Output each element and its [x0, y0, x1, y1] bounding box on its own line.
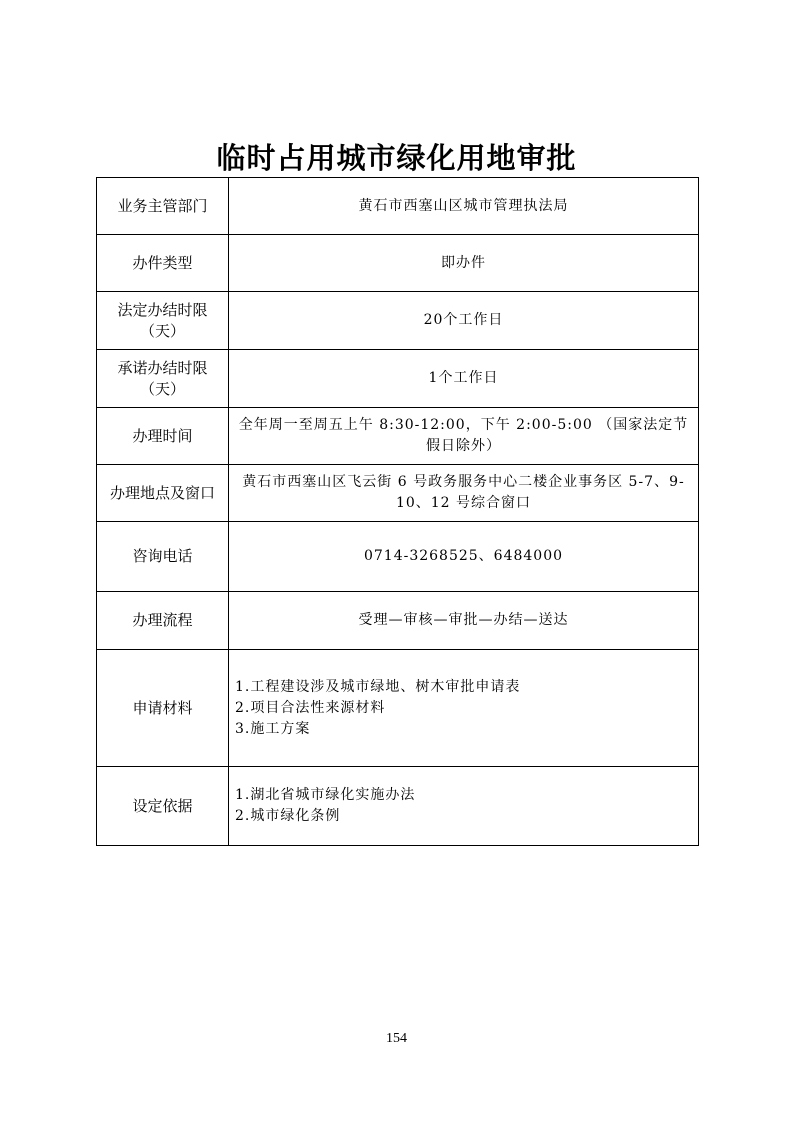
service-info-table: 业务主管部门 黄石市西塞山区城市管理执法局 办件类型 即办件 法定办结时限（天）… — [96, 177, 699, 846]
row-value-location: 黄石市西塞山区飞云街 6 号政务服务中心二楼企业事务区 5-7、9-10、12 … — [229, 465, 699, 522]
table-row: 法定办结时限（天） 20个工作日 — [97, 292, 699, 350]
table-row: 办件类型 即办件 — [97, 235, 699, 292]
table-row: 办理时间 全年周一至周五上午 8:30-12:00，下午 2:00-5:00 （… — [97, 408, 699, 465]
row-label-office-hours: 办理时间 — [97, 408, 229, 465]
row-value-legal-basis: 1.湖北省城市绿化实施办法 2.城市绿化条例 — [229, 767, 699, 846]
row-value-phone: 0714-3268525、6484000 — [229, 522, 699, 592]
row-label-process: 办理流程 — [97, 592, 229, 650]
row-label-legal-basis: 设定依据 — [97, 767, 229, 846]
row-label-department: 业务主管部门 — [97, 178, 229, 235]
row-value-legal-deadline: 20个工作日 — [229, 292, 699, 350]
table-row: 业务主管部门 黄石市西塞山区城市管理执法局 — [97, 178, 699, 235]
row-label-legal-deadline: 法定办结时限（天） — [97, 292, 229, 350]
row-value-office-hours: 全年周一至周五上午 8:30-12:00，下午 2:00-5:00 （国家法定节… — [229, 408, 699, 465]
row-value-materials: 1.工程建设涉及城市绿地、树木审批申请表 2.项目合法性来源材料 3.施工方案 — [229, 650, 699, 767]
row-label-location: 办理地点及窗口 — [97, 465, 229, 522]
row-value-case-type: 即办件 — [229, 235, 699, 292]
legal-basis-item: 1.湖北省城市绿化实施办法 — [235, 785, 692, 806]
row-value-promised-deadline: 1个工作日 — [229, 350, 699, 408]
legal-basis-item: 2.城市绿化条例 — [235, 806, 692, 827]
row-label-promised-deadline: 承诺办结时限（天） — [97, 350, 229, 408]
materials-item: 3.施工方案 — [235, 719, 692, 740]
row-label-case-type: 办件类型 — [97, 235, 229, 292]
materials-item: 2.项目合法性来源材料 — [235, 698, 692, 719]
row-value-department: 黄石市西塞山区城市管理执法局 — [229, 178, 699, 235]
materials-item: 1.工程建设涉及城市绿地、树木审批申请表 — [235, 677, 692, 698]
table-row: 办理流程 受理—审核—审批—办结—送达 — [97, 592, 699, 650]
row-value-process: 受理—审核—审批—办结—送达 — [229, 592, 699, 650]
table-row: 办理地点及窗口 黄石市西塞山区飞云街 6 号政务服务中心二楼企业事务区 5-7、… — [97, 465, 699, 522]
table-row: 承诺办结时限（天） 1个工作日 — [97, 350, 699, 408]
table-row: 设定依据 1.湖北省城市绿化实施办法 2.城市绿化条例 — [97, 767, 699, 846]
page-number: 154 — [0, 1031, 793, 1047]
row-label-materials: 申请材料 — [97, 650, 229, 767]
table-row: 申请材料 1.工程建设涉及城市绿地、树木审批申请表 2.项目合法性来源材料 3.… — [97, 650, 699, 767]
table-row: 咨询电话 0714-3268525、6484000 — [97, 522, 699, 592]
page-title: 临时占用城市绿化用地审批 — [0, 138, 793, 178]
row-label-phone: 咨询电话 — [97, 522, 229, 592]
